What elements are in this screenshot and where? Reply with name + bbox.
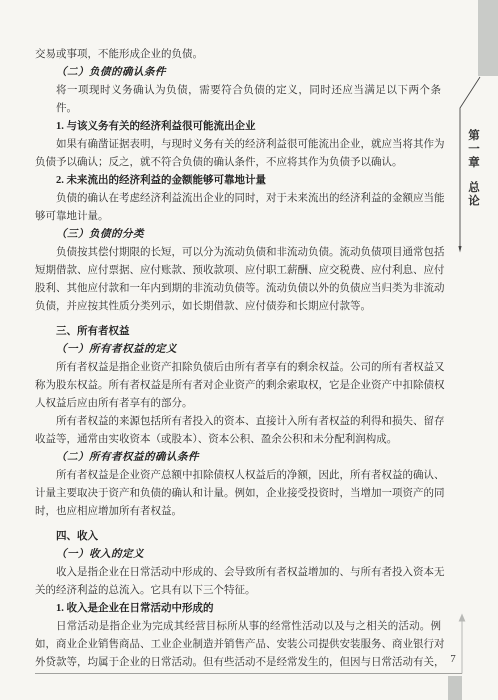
text-line: 所有者权益是企业资产总额中扣除债权人权益后的净额，因此，所有者权益的确认、: [35, 467, 441, 485]
subsection-heading: （三）负债的分类: [35, 226, 441, 244]
book-page: 交易或事项，不能形成企业的负债。 （二）负债的确认条件 将一项现时义务确认为负债…: [0, 0, 498, 700]
subsection-heading: （一）所有者权益的定义: [35, 341, 441, 359]
page-body-text: 交易或事项，不能形成企业的负债。 （二）负债的确认条件 将一项现时义务确认为负债…: [35, 46, 441, 672]
text-line: 人权益后应由所有者享有的部分。: [35, 395, 441, 413]
section-heading: 四、收入: [35, 528, 441, 546]
text-line: 负债按其偿付期限的长短，可以分为流动负债和非流动负债。流动负债项目通常包括: [35, 244, 441, 262]
text-line: 称为股东权益。所有者权益是所有者对企业资产的剩余索取权，它是企业资产中扣除债权: [35, 377, 441, 395]
subsection-heading: （二）所有者权益的确认条件: [35, 449, 441, 467]
text-line: 够可靠地计量。: [35, 208, 441, 226]
text-line: 所有者权益是指企业资产扣除负债后由所有者享有的剩余权益。公司的所有者权益又: [35, 359, 441, 377]
footer-rule: [35, 673, 462, 674]
footer-corner-block: [448, 676, 462, 700]
text-line: 外贷款等，均属于企业的日常活动。但有些活动不是经常发生的，但因与日常活动有关，: [35, 654, 441, 672]
text-line: 如果有确凿证据表明，与现时义务有关的经济利益很可能流出企业，就应当将其作为: [35, 136, 441, 154]
subsection-heading: （一）收入的定义: [35, 546, 441, 564]
text-line: 将一项现时义务确认为负债，需要符合负债的定义，同时还应当满足以下两个条件。: [35, 82, 441, 118]
text-line: 所有者权益的来源包括所有者投入的资本、直接计入所有者权益的利得和损失、留存: [35, 413, 441, 431]
text-line: 负债的确认在考虑经济利益流出企业的同时，对于未来流出的经济利益的金额应当能: [35, 190, 441, 208]
numbered-point: 2. 未来流出的经济利益的金额能够可靠地计量: [35, 172, 441, 190]
section-heading: 三、所有者权益: [35, 323, 441, 341]
text-line: 收入是指企业在日常活动中形成的、会导致所有者权益增加的、与所有者投入资本无: [35, 564, 441, 582]
chapter-label-title: 总论: [465, 181, 481, 208]
text-line: 收益等，通常由实收资本（或股本）、资本公积、盈余公积和未分配利润构成。: [35, 431, 441, 449]
numbered-point: 1. 与该义务有关的经济利益很可能流出企业: [35, 118, 441, 136]
text-line: 短期借款、应付票据、应付账款、预收款项、应付职工薪酬、应交税费、应付利息、应付: [35, 262, 441, 280]
text-line: 负债予以确认；反之，就不符合负债的确认条件，不应将其作为负债予以确认。: [35, 154, 441, 172]
subsection-heading: （二）负债的确认条件: [35, 64, 441, 82]
chapter-label: 第一章 总论: [466, 129, 481, 208]
text-line: 关的经济利益的总流入。它具有以下三个特征。: [35, 582, 441, 600]
text-line: 时，也应相应增加所有者权益。: [35, 503, 441, 521]
text-line: 交易或事项，不能形成企业的负债。: [35, 46, 441, 64]
text-line: 计量主要取决于资产和负债的确认和计量。例如，企业接受投资时，当增加一项资产的同: [35, 485, 441, 503]
text-line: 负债，并应按其性质分类列示，如长期借款、应付债券和长期应付款等。: [35, 298, 441, 316]
text-line: 日常活动是指企业为完成其经营目标所从事的经常性活动以及与之相关的活动。例: [35, 618, 441, 636]
text-line: 如，商业企业销售商品、工业企业制造并销售产品、安装公司提供安装服务、商业银行对: [35, 636, 441, 654]
text-line: 股利、其他应付款和一年内到期的非流动负债等。流动负债以外的负债应当归类为非流动: [35, 280, 441, 298]
page-number: 7: [440, 653, 466, 665]
chapter-label-number: 第一章: [467, 129, 479, 170]
numbered-point: 1. 收入是企业在日常活动中形成的: [35, 600, 441, 618]
